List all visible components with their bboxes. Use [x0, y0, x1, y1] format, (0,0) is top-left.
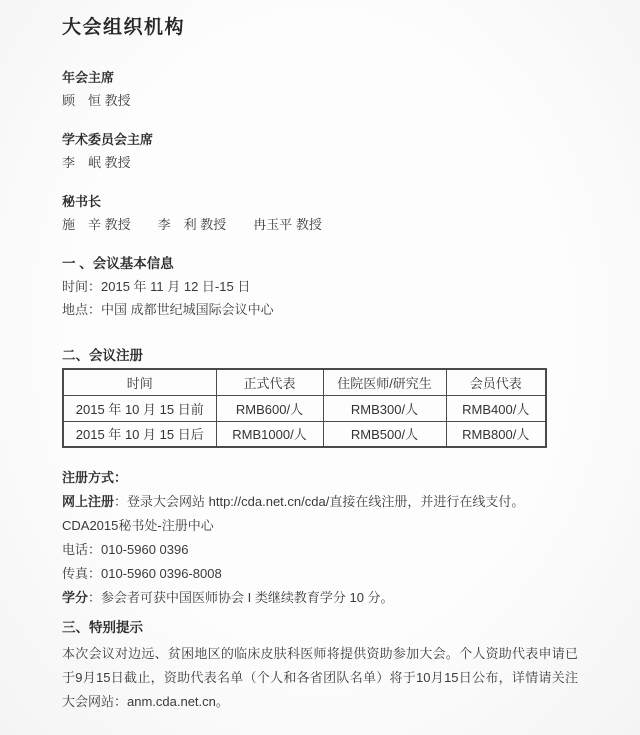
info-line-location: 地点：中国 成都世纪城国际会议中心 — [62, 298, 578, 321]
section-special-notice: 三、特别提示 本次会议对边远、贫困地区的临床皮肤科医师将提供资助参加大会。个人资… — [62, 616, 578, 714]
online-registration-line: 网上注册：登录大会网站 http://cda.net.cn/cda/直接在线注册… — [62, 490, 578, 514]
table-row-after-deadline: 2015 年 10 月 15 日后 RMB1000/人 RMB500/人 RMB… — [63, 421, 546, 447]
person-name: 顾 恒 教授 — [62, 89, 131, 112]
group-annual-chairman: 年会主席 顾 恒 教授 — [62, 66, 578, 112]
table-header-formal-delegate: 正式代表 — [216, 369, 323, 395]
person-names: 李 岷 教授 — [62, 151, 578, 174]
online-registration-text: ：登录大会网站 http://cda.net.cn/cda/直接在线注册，并进行… — [114, 494, 524, 509]
table-header-time: 时间 — [63, 369, 216, 395]
registration-method-heading: 注册方式： — [62, 466, 578, 490]
section-basic-info: 一 、会议基本信息 时间：2015 年 11 月 12 日-15 日 地点：中国… — [62, 252, 578, 321]
table-cell: RMB300/人 — [323, 395, 446, 421]
person-name: 李 岷 教授 — [62, 151, 131, 174]
table-row-before-deadline: 2015 年 10 月 15 日前 RMB600/人 RMB300/人 RMB4… — [63, 395, 546, 421]
person-names: 施 辛 教授 李 利 教授 冉玉平 教授 — [62, 213, 578, 236]
registration-method-block: 注册方式： 网上注册：登录大会网站 http://cda.net.cn/cda/… — [62, 466, 578, 610]
fax-line: 传真：010-5960 0396-8008 — [62, 562, 578, 586]
office-line: CDA2015秘书处-注册中心 — [62, 514, 578, 538]
table-header-resident: 住院医师/研究生 — [323, 369, 446, 395]
person-name: 施 辛 教授 — [62, 213, 131, 236]
table-cell: RMB500/人 — [323, 421, 446, 447]
table-cell: 2015 年 10 月 15 日前 — [63, 395, 216, 421]
section-heading-basic-info: 一 、会议基本信息 — [62, 252, 578, 275]
online-registration-label: 网上注册 — [62, 494, 114, 509]
role-heading: 学术委员会主席 — [62, 128, 578, 151]
table-cell: RMB800/人 — [446, 421, 546, 447]
credit-line: 学分：参会者可获中国医师协会 I 类继续教育学分 10 分。 — [62, 586, 578, 610]
credit-text: ：参会者可获中国医师协会 I 类继续教育学分 10 分。 — [88, 590, 394, 605]
group-academic-chairman: 学术委员会主席 李 岷 教授 — [62, 128, 578, 174]
table-header-member: 会员代表 — [446, 369, 546, 395]
role-heading: 秘书长 — [62, 190, 578, 213]
phone-line: 电话：010-5960 0396 — [62, 538, 578, 562]
credit-label: 学分 — [62, 590, 88, 605]
person-name: 冉玉平 教授 — [253, 213, 322, 236]
section-registration: 二、会议注册 时间 正式代表 住院医师/研究生 会员代表 2015 年 10 月… — [62, 344, 578, 610]
registration-fee-table: 时间 正式代表 住院医师/研究生 会员代表 2015 年 10 月 15 日前 … — [62, 368, 547, 448]
info-line-time: 时间：2015 年 11 月 12 日-15 日 — [62, 275, 578, 298]
role-heading: 年会主席 — [62, 66, 578, 89]
table-cell: RMB600/人 — [216, 395, 323, 421]
table-cell: RMB400/人 — [446, 395, 546, 421]
table-cell: 2015 年 10 月 15 日后 — [63, 421, 216, 447]
table-header-row: 时间 正式代表 住院医师/研究生 会员代表 — [63, 369, 546, 395]
document-page: 大会组织机构 年会主席 顾 恒 教授 学术委员会主席 李 岷 教授 秘书长 施 … — [0, 0, 640, 714]
section-heading-special-notice: 三、特别提示 — [62, 616, 578, 639]
person-names: 顾 恒 教授 — [62, 89, 578, 112]
section-heading-registration: 二、会议注册 — [62, 344, 578, 367]
special-notice-paragraph: 本次会议对边远、贫困地区的临床皮肤科医师将提供资助参加大会。个人资助代表申请已于… — [62, 642, 578, 714]
group-secretary-general: 秘书长 施 辛 教授 李 利 教授 冉玉平 教授 — [62, 190, 578, 236]
table-cell: RMB1000/人 — [216, 421, 323, 447]
page-title: 大会组织机构 — [62, 14, 578, 42]
person-name: 李 利 教授 — [158, 213, 227, 236]
